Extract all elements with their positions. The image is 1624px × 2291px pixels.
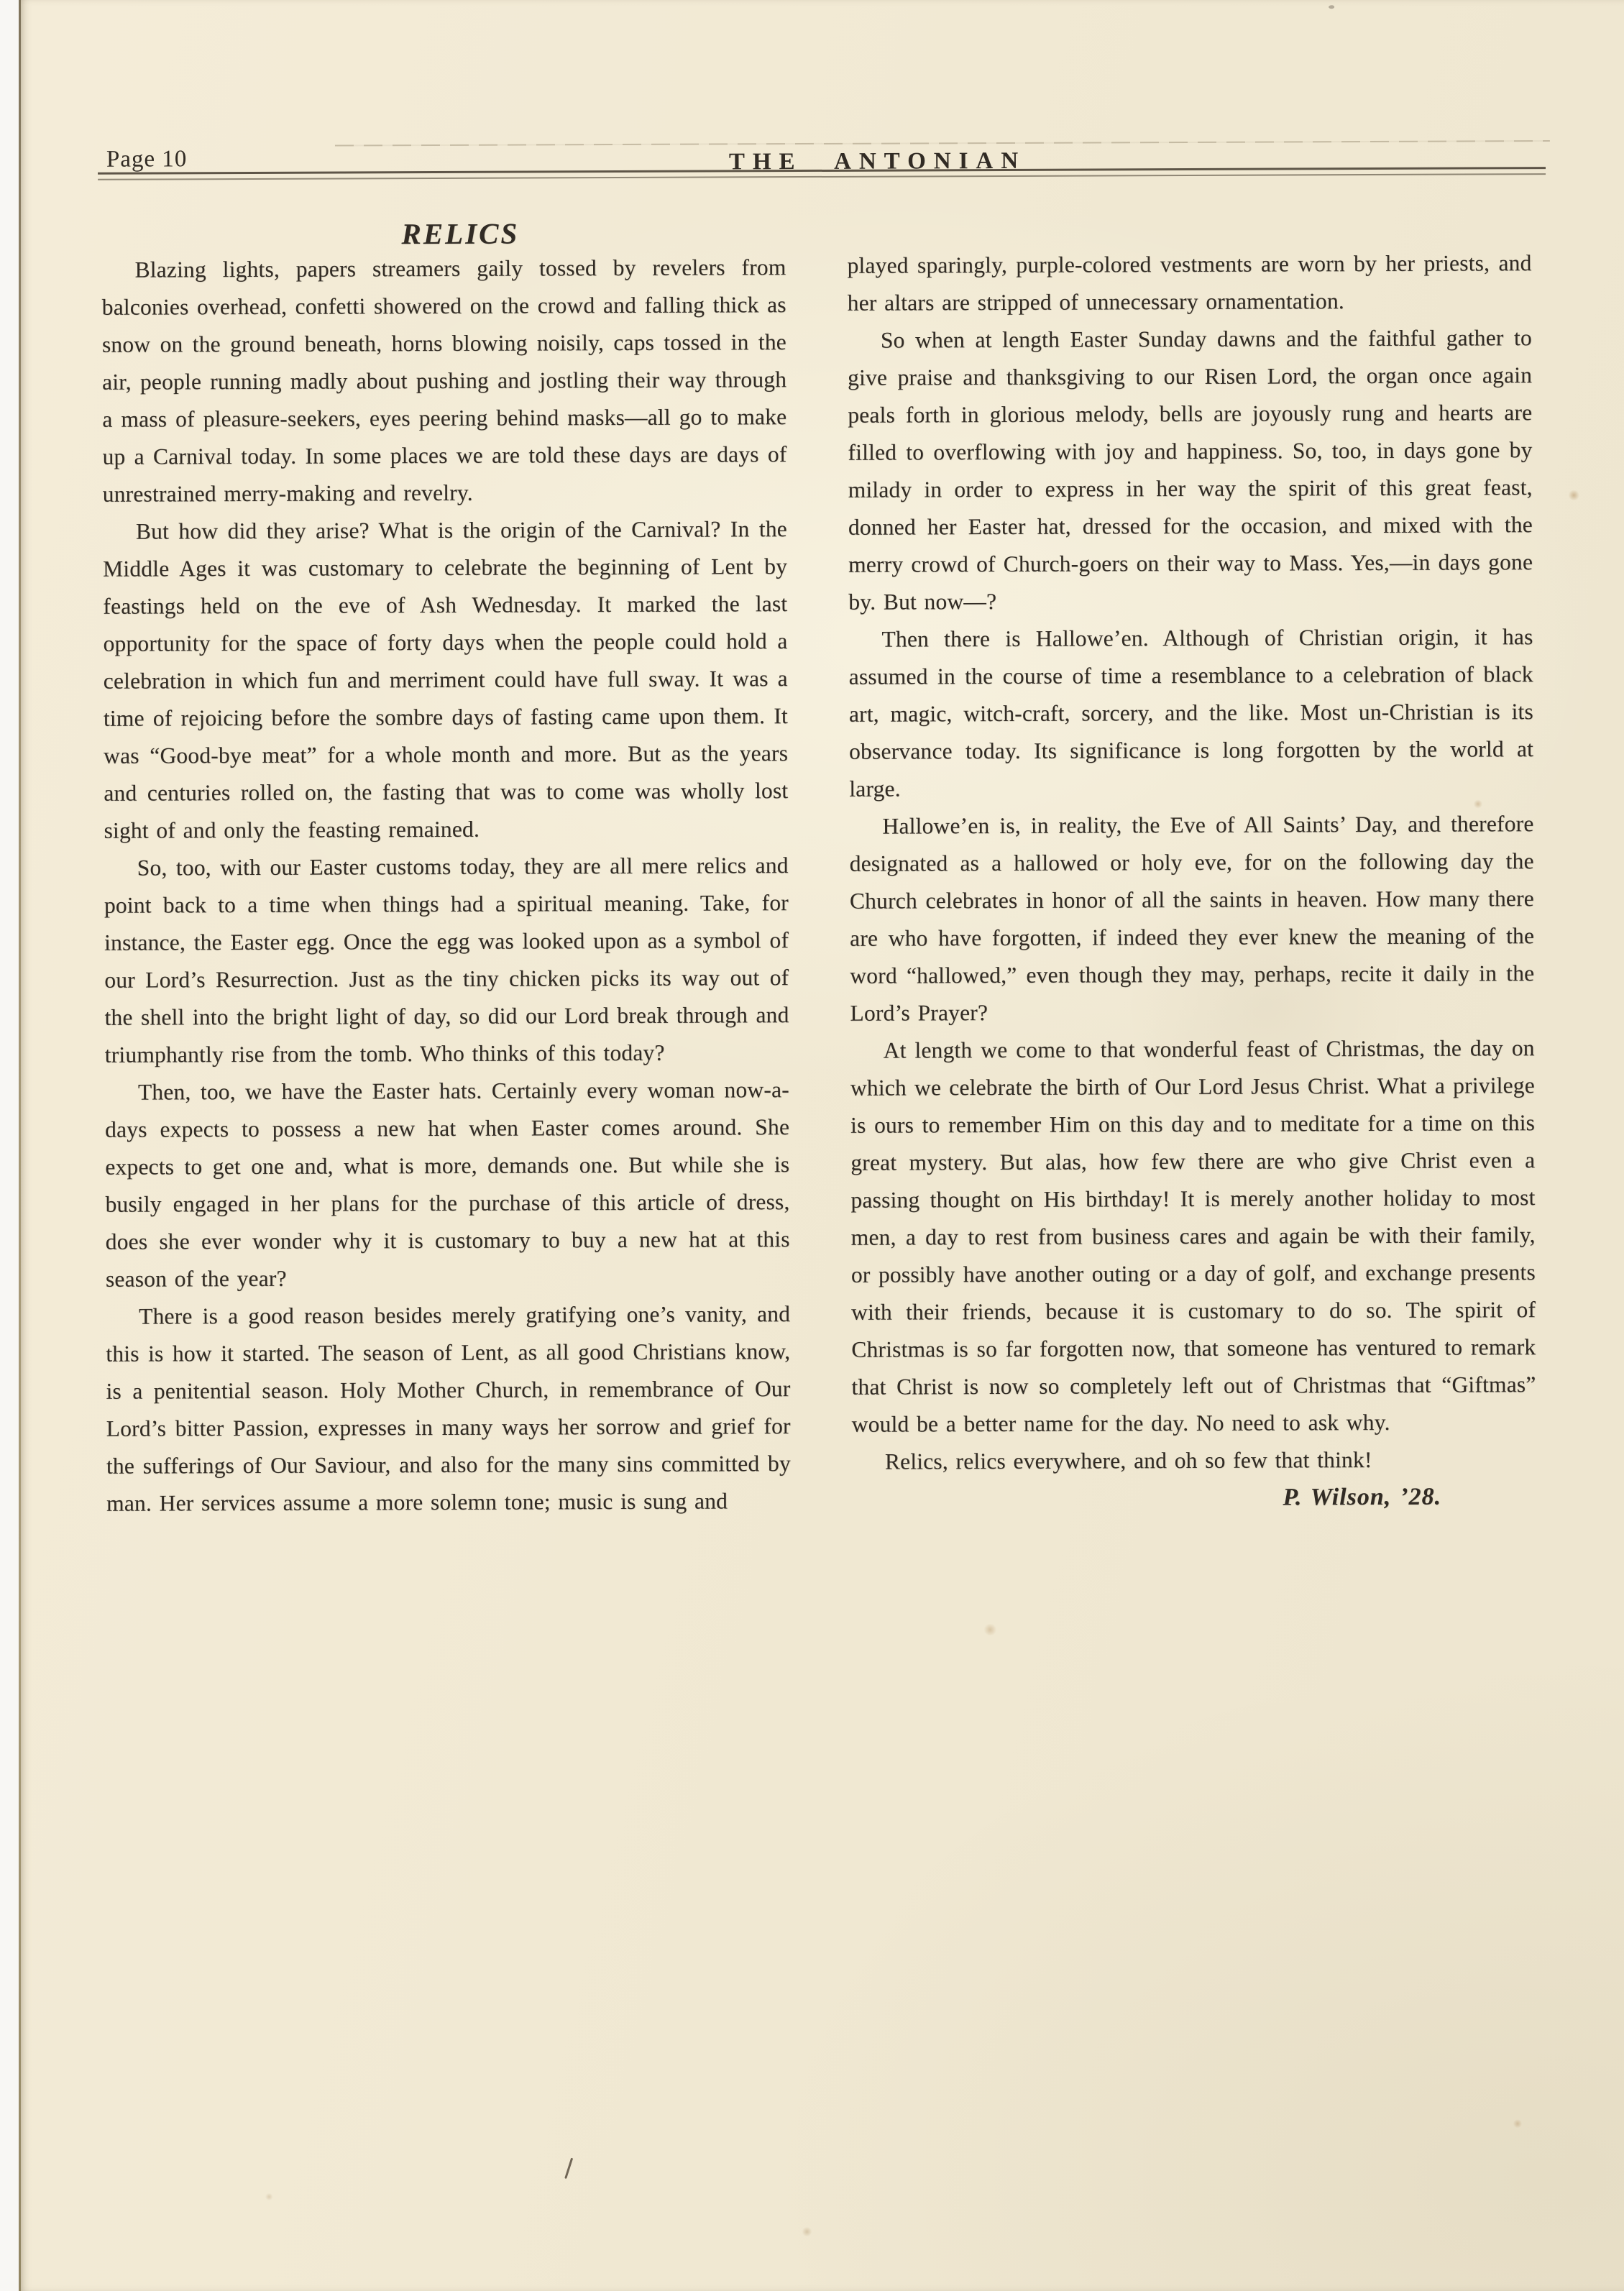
stain-spot	[802, 2227, 812, 2236]
page-number-label: Page 10	[106, 146, 188, 173]
left-column: RELICS Blazing lights, papers streamers …	[101, 216, 791, 1523]
article-columns: RELICS Blazing lights, papers streamers …	[101, 213, 1537, 1523]
article-paragraph: Then, too, we have the Easter hats. Cert…	[105, 1071, 790, 1298]
header-faint-rule	[335, 140, 1550, 146]
show-through-smudge	[1114, 875, 1417, 1135]
article-paragraph: So when at length Easter Sunday dawns an…	[848, 319, 1533, 621]
stain-spot	[1568, 490, 1580, 500]
article-paragraph: Relics, relics everywhere, and oh so few…	[852, 1441, 1536, 1481]
page-content: Page 10 THE ANTONIAN RELICS Blazing ligh…	[0, 0, 1624, 2291]
article-paragraph: So, too, with our Easter customs today, …	[104, 847, 789, 1074]
pen-mark	[564, 2158, 573, 2179]
scanned-page: Page 10 THE ANTONIAN RELICS Blazing ligh…	[0, 0, 1624, 2291]
article-title: RELICS	[101, 216, 786, 252]
scan-speck	[1329, 5, 1334, 9]
article-paragraph: Blazing lights, papers streamers gaily t…	[101, 249, 786, 513]
article-paragraph: But how did they arise? What is the orig…	[103, 510, 789, 850]
stain-spot	[1473, 799, 1482, 808]
stain-spot	[983, 1624, 997, 1635]
stain-spot	[265, 2193, 273, 2200]
author-byline: P. Wilson, ’28.	[852, 1478, 1536, 1518]
article-paragraph: played sparingly, purple-colored vestmen…	[847, 244, 1531, 322]
article-paragraph: There is a good reason besides merely gr…	[106, 1295, 791, 1523]
stain-spot	[1513, 2119, 1522, 2128]
right-column: played sparingly, purple-colored vestmen…	[847, 244, 1536, 1520]
article-paragraph: Then there is Hallowe’en. Although of Ch…	[848, 618, 1533, 808]
